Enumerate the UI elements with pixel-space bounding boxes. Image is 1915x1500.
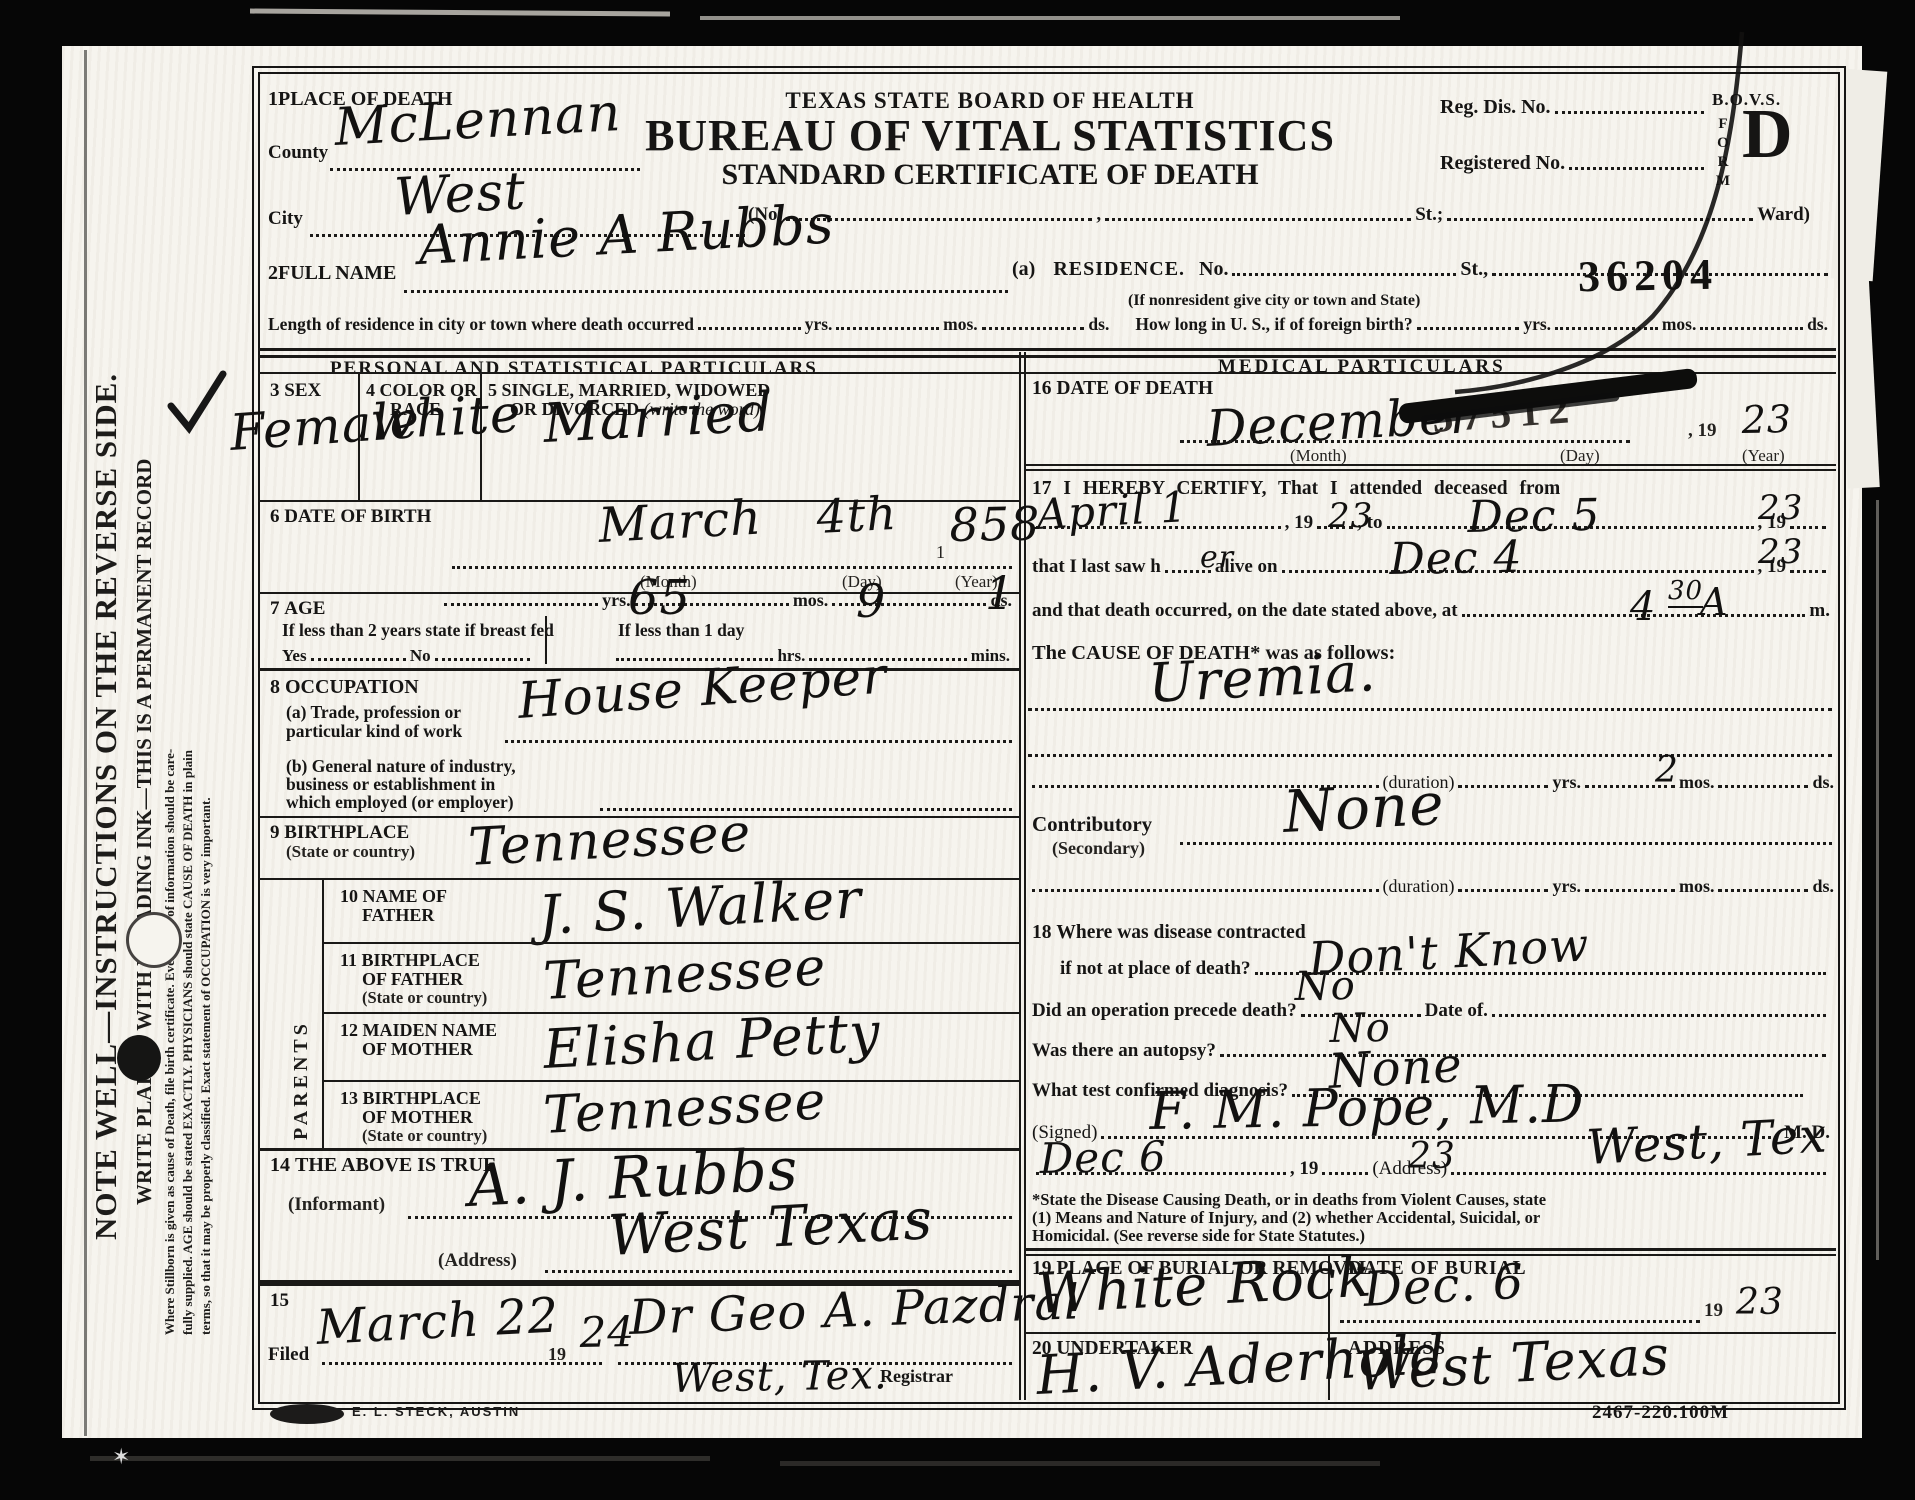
birthplace-sub: (State or country) — [286, 842, 415, 862]
field2-number: 2 — [268, 262, 278, 284]
dotted-leader — [1458, 889, 1548, 892]
death-time-hour: 4 — [1630, 584, 1656, 630]
field18-number: 18 — [1032, 922, 1052, 943]
occupation-a-line1: (a) Trade, profession or — [286, 702, 461, 723]
dotted-leader — [545, 1270, 1012, 1273]
death-time-minutes: 30 — [1668, 576, 1703, 608]
secondary-caption: (Secondary) — [1052, 838, 1145, 859]
print-code: 2467-220.100M — [1592, 1402, 1729, 1424]
breast-fed-label: If less than 2 years state if breast fed — [282, 620, 554, 641]
sex-number: 3 — [270, 380, 280, 401]
field2-label: 2FULL NAME — [268, 262, 396, 285]
rule — [1026, 1248, 1836, 1251]
father-name-label-1: 10 NAME OF — [340, 886, 447, 907]
occupation-word: OCCUPATION — [285, 676, 419, 698]
age-mos-unit: mos. — [793, 590, 829, 611]
check-mark — [165, 366, 229, 436]
bureau-title: BUREAU OF VITAL STATISTICS — [640, 110, 1340, 161]
father-birthplace-label-1: 11 BIRTHPLACE — [340, 950, 480, 971]
registrar-address: West, Tex. — [671, 1352, 888, 1402]
full-name-label: FULL NAME — [278, 262, 396, 284]
field18-words: Where was disease contracted — [1056, 922, 1305, 943]
cause-duration-days-value: 2 — [1655, 750, 1679, 791]
dotted-leader — [698, 327, 801, 330]
certificate-title: STANDARD CERTIFICATE OF DEATH — [640, 158, 1340, 192]
dotted-leader — [1180, 842, 1832, 845]
rule — [1026, 469, 1836, 471]
dob-year-value: 858 — [949, 496, 1041, 552]
less-than-day-label: If less than 1 day — [618, 620, 744, 641]
dotted-leader — [1322, 1172, 1368, 1175]
dotted-leader — [1718, 785, 1808, 788]
last-saw-pronoun: er — [1200, 540, 1234, 575]
dotted-leader — [1492, 1014, 1826, 1017]
attended-from-value: April 1 — [1035, 482, 1189, 539]
dotted-leader — [1180, 440, 1630, 443]
attended-from-year: 23 — [1328, 496, 1373, 536]
day-caption: (Day) — [1560, 446, 1600, 466]
dod-year-printed: , 19 — [1688, 420, 1717, 442]
dotted-leader — [435, 658, 530, 661]
dotted-leader — [1718, 889, 1808, 892]
mother-maiden-label-1: 12 MAIDEN NAME — [340, 1020, 497, 1041]
occurred-text: and that death occurred, on the date sta… — [1032, 600, 1458, 622]
attended-to-year: 23 — [1758, 488, 1803, 528]
dob-word: DATE OF BIRTH — [284, 506, 431, 527]
dotted-leader — [311, 658, 406, 661]
ds-label: ds. — [1088, 314, 1109, 335]
ds-label: ds. — [1812, 876, 1834, 897]
father-birthplace-label-2: OF FATHER — [362, 969, 463, 990]
meridiem-m: m. — [1809, 600, 1830, 622]
footnote-line-2: (1) Means and Nature of Injury, and (2) … — [1032, 1208, 1540, 1228]
length-label: Length of residence in city or town wher… — [268, 314, 694, 335]
comma: , — [1096, 204, 1101, 226]
dotted-leader — [505, 740, 1012, 743]
dotted-leader — [444, 603, 598, 606]
field12-words: MAIDEN NAME — [363, 1020, 498, 1040]
operation-label: Did an operation precede death? — [1032, 1000, 1297, 1022]
no-label: No — [410, 646, 431, 666]
father-name-label-2: FATHER — [362, 905, 434, 926]
operation-line: Did an operation precede death? Date of. — [1032, 1000, 1830, 1022]
field15-number: 15 — [270, 1290, 289, 1312]
scanned-death-certificate: ✶ NOTE WELL—INSTRUCTIONS ON THE REVERSE … — [0, 0, 1915, 1500]
field10-words: NAME OF — [363, 886, 448, 906]
scan-artifact-star: ✶ — [112, 1444, 130, 1470]
age-number: 7 — [270, 598, 280, 619]
father-birthplace-sub: (State or country) — [362, 988, 487, 1008]
yrs-label: yrs. — [1552, 876, 1581, 897]
dotted-leader — [982, 327, 1085, 330]
cell-divider — [545, 616, 547, 664]
paper-fold-line — [84, 50, 87, 1436]
last-saw-text-1: that I last saw h — [1032, 556, 1161, 578]
filed-label: Filed — [268, 1344, 309, 1366]
field10-number: 10 — [340, 886, 358, 906]
field16-number: 16 — [1032, 378, 1052, 399]
dotted-leader — [1032, 889, 1379, 892]
dotted-leader — [1458, 785, 1548, 788]
comma-19: , 19 — [1285, 512, 1314, 534]
burial-year-printed: 19 — [1704, 1300, 1723, 1322]
field13-number: 13 — [340, 1088, 358, 1108]
dob-month-value: March — [597, 490, 763, 554]
dotted-leader — [1585, 889, 1675, 892]
filed-year-value: 24 — [579, 1307, 635, 1357]
city-label: City — [268, 208, 303, 230]
dotted-leader — [1028, 754, 1832, 757]
contributory-duration-line: (duration) yrs. mos. ds. — [1028, 876, 1834, 897]
dob-number: 6 — [270, 506, 280, 527]
dod-label: 16 DATE OF DEATH — [1032, 378, 1213, 400]
operation-value: No — [1294, 963, 1356, 1010]
color-value: white — [369, 384, 523, 452]
age-yrs-unit: yrs. — [602, 590, 631, 611]
last-saw-year: 23 — [1758, 532, 1803, 572]
age-units-line: yrs. mos. ds. — [440, 590, 1012, 611]
dotted-leader — [452, 566, 1012, 569]
occupation-number: 8 — [270, 676, 280, 698]
mother-birthplace-label-2: OF MOTHER — [362, 1107, 473, 1128]
residence-label: RESIDENCE. — [1053, 258, 1185, 281]
sidebar-note-well: NOTE WELL—INSTRUCTIONS ON THE REVERSE SI… — [88, 275, 124, 1240]
field11-number: 11 — [340, 950, 357, 970]
field14-number: 14 — [270, 1154, 290, 1176]
mins-label: mins. — [971, 646, 1010, 666]
hole-punch-ring — [126, 912, 182, 968]
occupation-b-line3: which employed (or employer) — [286, 792, 514, 813]
duration-caption: (duration) — [1383, 876, 1455, 897]
burial-year-value: 23 — [1736, 1282, 1784, 1323]
above-true-label: 14 THE ABOVE IS TRUE — [270, 1154, 496, 1177]
last-saw-date-value: Dec 4 — [1389, 532, 1523, 585]
birthplace-number: 9 — [270, 822, 280, 843]
field12-number: 12 — [340, 1020, 358, 1040]
informant-caption: (Informant) — [288, 1194, 385, 1216]
age-years-value: 65 — [628, 570, 691, 626]
ds-label: ds. — [1812, 772, 1834, 793]
mos-label: mos. — [943, 314, 978, 335]
dotted-leader — [1340, 1320, 1700, 1323]
yes-label: Yes — [282, 646, 307, 666]
birthplace-label: 9 BIRTHPLACE — [270, 822, 409, 844]
age-days-value: 1 — [985, 566, 1015, 620]
footnote-line-3: Homicidal. (See reverse side for State S… — [1032, 1226, 1365, 1246]
dotted-leader — [404, 290, 1008, 293]
field16-words: DATE OF DEATH — [1056, 378, 1213, 399]
marital-value: Married — [542, 380, 775, 455]
birthplace-word: BIRTHPLACE — [284, 822, 409, 843]
year-caption: (Year) — [1742, 446, 1785, 466]
signed-date-value: Dec 6 — [1039, 1132, 1167, 1183]
yrs-label: yrs. — [1552, 772, 1581, 793]
footnote-line-1: *State the Disease Causing Death, or in … — [1032, 1190, 1546, 1210]
field1-number: 1 — [268, 88, 278, 110]
rule — [322, 942, 1019, 944]
field13-words: BIRTHPLACE — [363, 1088, 481, 1108]
contributory-value: None — [1281, 770, 1446, 846]
autopsy-label: Was there an autopsy? — [1032, 1040, 1216, 1062]
registrar-caption: Registrar — [880, 1366, 953, 1387]
mother-maiden-label-2: OF MOTHER — [362, 1039, 473, 1060]
nonresident-note: (If nonresident give city or town and St… — [1128, 292, 1420, 310]
dob-day-value: 4th — [815, 486, 898, 544]
rule — [1026, 464, 1836, 466]
filed-year-printed: 19 — [548, 1344, 566, 1365]
comma-19: , 19 — [1290, 1158, 1319, 1180]
dotted-leader — [1105, 218, 1411, 221]
printer-credit: E. L. STECK, AUSTIN — [352, 1404, 520, 1419]
age-label: 7 AGE — [270, 598, 325, 620]
death-time-meridiem: A — [1700, 580, 1728, 624]
occupation-a-line2: particular kind of work — [286, 721, 462, 742]
occupation-label: 8 OCCUPATION — [270, 676, 419, 699]
dob-year-printed: 1 — [936, 542, 945, 563]
field11-words: BIRTHPLACE — [362, 950, 480, 970]
age-word: AGE — [284, 598, 325, 619]
dotted-leader — [836, 327, 939, 330]
mos-label: mos. — [1679, 876, 1715, 897]
dotted-leader — [1220, 1054, 1826, 1057]
how-long-label: How long in U. S., if of foreign birth? — [1135, 314, 1412, 335]
cause-of-death-value: Uremia. — [1147, 640, 1378, 715]
printer-logo — [270, 1404, 344, 1424]
if-not-label: if not at place of death? — [1060, 958, 1251, 980]
burial-date-value: Dec. 6 — [1362, 1254, 1526, 1318]
physician-signature: F. M. Pope, M.D — [1149, 1074, 1585, 1142]
dotted-leader — [1028, 708, 1832, 711]
ds-label: ds. — [1807, 314, 1828, 335]
contributory-label: Contributory — [1032, 812, 1152, 837]
month-caption: (Month) — [1290, 446, 1347, 466]
mother-birthplace-sub: (State or country) — [362, 1126, 487, 1146]
yrs-label: yrs. — [805, 314, 833, 335]
disease-contracted-label: 18 Where was disease contracted — [1032, 922, 1306, 944]
parents-label: PARENTS — [290, 920, 313, 1140]
breast-fed-yes-no-line: Yes No — [282, 646, 534, 666]
informant-address-caption: (Address) — [438, 1250, 517, 1272]
mos-label: mos. — [1679, 772, 1715, 793]
county-label: County — [268, 142, 328, 164]
res-no-label: No. — [1199, 258, 1228, 281]
date-of-label: Date of. — [1425, 1000, 1488, 1022]
signed-year-value: 23 — [1408, 1136, 1456, 1177]
dob-label: 6 DATE OF BIRTH — [270, 506, 431, 528]
pen-stroke-mark — [1395, 18, 1795, 418]
res-a-label: (a) — [1012, 258, 1035, 281]
age-months-value: 9 — [856, 574, 886, 628]
hole-punch-mark — [117, 1035, 161, 1081]
personal-section-title: PERSONAL AND STATISTICAL PARTICULARS — [330, 358, 818, 380]
mother-birthplace-label-1: 13 BIRTHPLACE — [340, 1088, 481, 1109]
